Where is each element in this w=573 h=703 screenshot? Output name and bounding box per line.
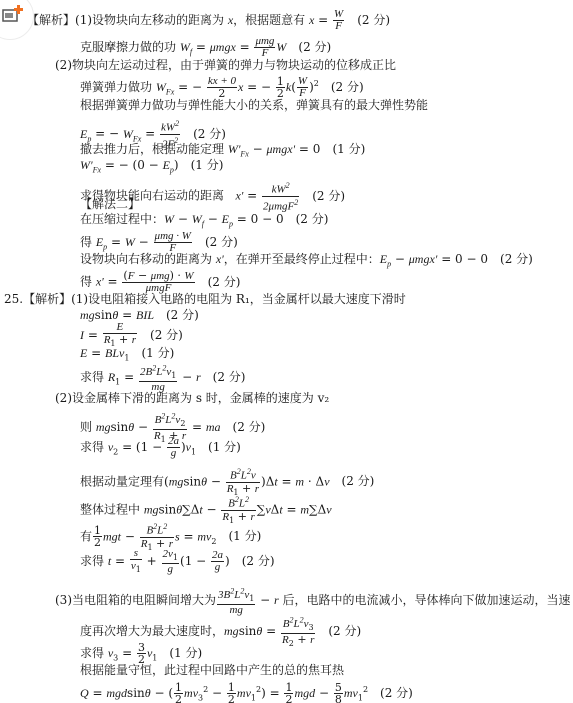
q25-b6: 求得 t = sv1 + 2v1g(1 − 2ag)(2 分)	[80, 548, 275, 575]
method2-step4: 得 x' = (F − μmg) · WμmgF(2 分)	[80, 270, 240, 294]
q25-part2: (2)设金属棒下滑的距离为 s 时，金属棒的速度为 v₂	[55, 391, 329, 405]
q25-a4: 求得 R1 = 2B2L2v1mg − r(2 分)	[80, 362, 245, 393]
q24-relation: 根据弹簧弹力做功与弹性能大小的关系，弹簧具有的最大弹性势能	[80, 98, 428, 112]
q25-c3: 根据能量守恒，此过程中回路中产生的总的焦耳热	[80, 663, 344, 677]
q25-number: 25.	[4, 292, 23, 306]
q24-part2: (2)物块向左运动过程，由于弹簧的弹力与物块运动的位移成正比	[55, 58, 396, 72]
method2-step2: 得 Ep = W − μmg · WF(2 分)	[80, 231, 238, 254]
q24-friction-work: 克服摩擦力做的功 Wf = μmgx = μmgFW(2 分)	[80, 36, 331, 59]
q25-c4: Q = mgdsinθ − (12mv32 − 12mv12) = 12mgd …	[80, 682, 413, 703]
q25-part1: 25.【解析】(1)设电阻箱接入电路的电阻为 R₁，当金属杆以最大速度下滑时	[4, 292, 406, 306]
q24-part1: 【解析】(1)设物块向左移动的距离为 x，根据题意有 x = WF(2 分)	[27, 9, 390, 32]
q24-spring-work: 弹簧弹力做功 WFx = − kx + 02x = − 12k(WF)2(2 分…	[80, 76, 364, 99]
method2-step1: 在压缩过程中：W − Wf − Ep = 0 − 0(2 分)	[80, 212, 328, 231]
method2-title: 【解法二】	[80, 197, 140, 211]
q24-wfx: W'Fx = − (0 − Ep)(1 分)	[80, 158, 223, 177]
q24-header: 【解析】	[27, 13, 75, 27]
add-note-icon[interactable]	[2, 4, 24, 22]
q25-part3: (3)当电阻箱的电阻瞬间增大为3B2L2v1mg − r 后，电路中的电流减小，…	[55, 585, 571, 616]
q25-c2: 求得 v3 = 32v1(1 分)	[80, 642, 202, 665]
q25-a1: mgsinθ = BIL(2 分)	[80, 308, 199, 322]
q25-b2: 求得 v2 = (1 − 2ag)v1(1 分)	[80, 436, 241, 459]
